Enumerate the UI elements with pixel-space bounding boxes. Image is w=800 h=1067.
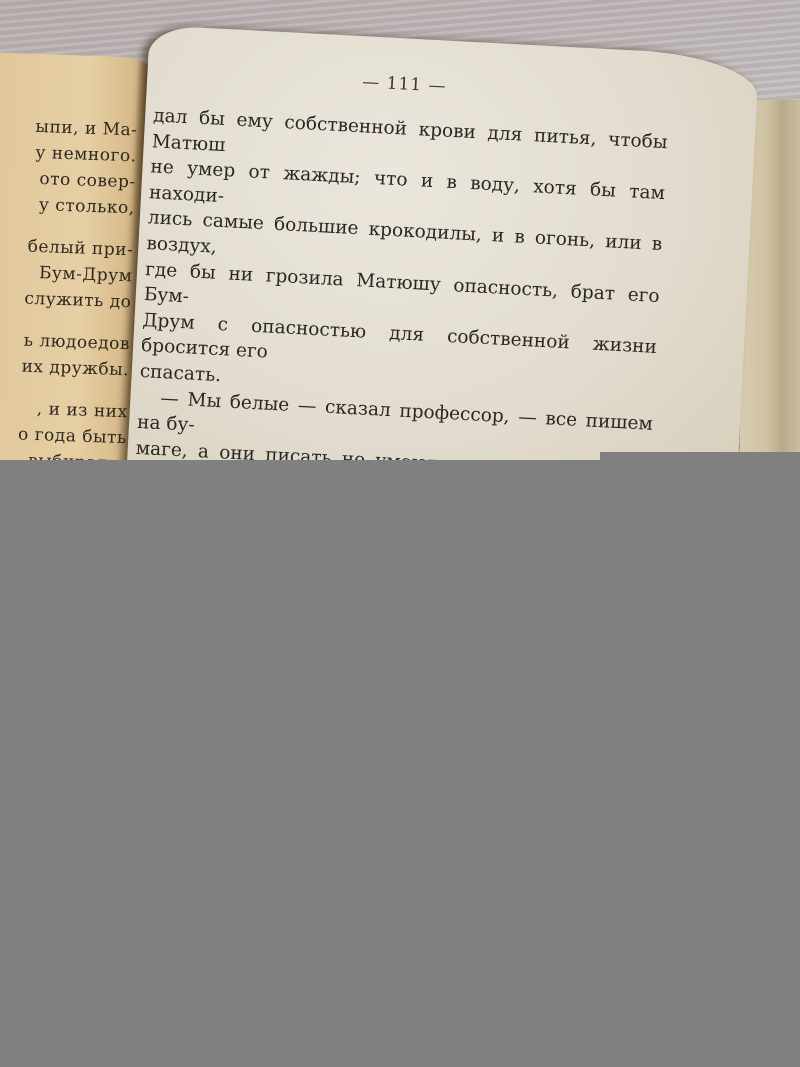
page-body-text: дал бы ему собственной крови для питья, …: [116, 103, 668, 470]
book-photo: ыпи, и Ма- у немного. ото совер- у столь…: [0, 0, 800, 470]
left-page-text: ыпи, и Ма- у немного. ото совер- у столь…: [0, 113, 138, 470]
left-line: о года быть: [0, 420, 127, 451]
right-book-page: — 111 — дал бы ему собственной крови для…: [125, 25, 759, 470]
gray-mask-region: [0, 460, 800, 1067]
page-number: — 111 —: [362, 72, 447, 96]
